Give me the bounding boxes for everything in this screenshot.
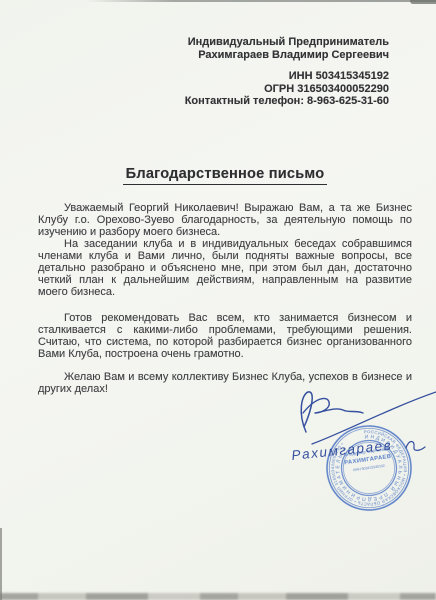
phone-line: Контактный телефон: 8-963-625-31-60 xyxy=(185,95,389,108)
paragraph-recommendation: Готов рекомендовать Вас всем, кто занима… xyxy=(38,312,412,360)
signature-flourish xyxy=(312,392,436,444)
signature-stroke-b xyxy=(301,392,312,432)
letter-title-wrap: Благодарственное письмо xyxy=(38,165,412,185)
scan-corner-top-right xyxy=(410,0,436,4)
inn-line: ИНН 503415345192 xyxy=(185,70,389,83)
handwritten-surname: Рахимгараев xyxy=(291,437,393,462)
scanned-letter-page: Индивидуальный Предприниматель Рахимгара… xyxy=(0,0,436,600)
paragraph-greeting: Уважаемый Георгий Николаевич! Выражаю Ва… xyxy=(38,202,412,238)
entrepreneur-name: Рахимгараев Владимир Сергеевич xyxy=(185,49,389,62)
signature-paraph xyxy=(406,442,425,451)
letter-title: Благодарственное письмо xyxy=(123,166,328,185)
signature: Рахимгараев xyxy=(268,382,436,470)
scan-edge-left xyxy=(0,528,2,600)
paragraph-club-meeting: На заседании клуба и в индивидуальных бе… xyxy=(38,238,412,298)
ogrn-line: ОГРН 316503400052290 xyxy=(185,83,389,96)
scan-edge-bottom xyxy=(0,593,436,600)
entrepreneur-label: Индивидуальный Предприниматель xyxy=(185,36,389,49)
scan-edge-top xyxy=(86,0,436,2)
letterhead: Индивидуальный Предприниматель Рахимгара… xyxy=(185,36,389,108)
